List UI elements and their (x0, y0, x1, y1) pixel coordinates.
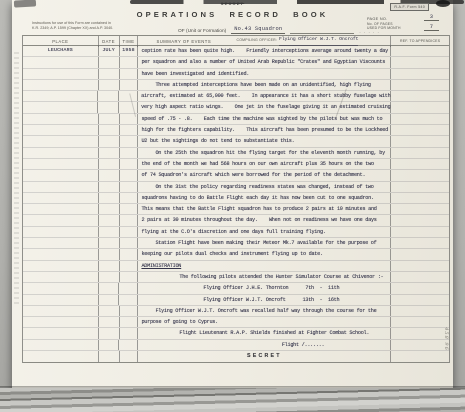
summary-line: have been investigated and identified. (137, 69, 390, 79)
time-cell (119, 148, 138, 158)
appendices-cell (390, 170, 449, 180)
time-cell (119, 170, 138, 180)
date-cell (98, 227, 119, 237)
time-cell (119, 80, 138, 90)
appendices-cell (390, 136, 449, 146)
date-cell (98, 328, 119, 338)
time-cell (119, 272, 138, 282)
table-row: On the 31st the policy regarding readine… (23, 182, 449, 193)
table-row: On the 25th the squadron hit the flying … (23, 148, 449, 159)
date-cell (98, 351, 119, 362)
summary-line: of 74 Squadron's aircraft which were bor… (137, 170, 390, 180)
summary-line: ception rate has been quite high. Friend… (137, 46, 390, 56)
date-cell (98, 238, 119, 248)
place-cell (23, 340, 98, 350)
appendices-cell (390, 328, 449, 338)
summary-line: Three attempted interceptions have been … (137, 80, 390, 90)
record-table: PLACE DATE TIME SUMMARY OF EVENTS COMPIL… (22, 35, 450, 363)
time-cell (119, 215, 138, 225)
place-cell (23, 238, 98, 248)
table-row: Flying Officer W.J.T. Oncroft was recall… (23, 306, 449, 317)
table-row: Station Flight have been making their Me… (23, 238, 449, 249)
time-cell (119, 182, 138, 192)
document-page: SECRET R.A.F. Form 540 OPERATIONS RECORD… (12, 0, 453, 388)
date-cell (98, 114, 119, 124)
date-cell (98, 57, 119, 67)
time-cell: 1958 (119, 46, 138, 56)
summary-line: SECRET (137, 351, 390, 362)
table-row: This means that the Battle Flight squadr… (23, 204, 449, 215)
summary-line: per squadron and also a number of United… (137, 57, 390, 67)
summary-line: Flight /....... (137, 340, 390, 350)
date-cell (98, 249, 119, 259)
unit-name: No.43 Squadron (231, 26, 285, 34)
page-number-block: PAGE NO. 3 No. OF PAGES USED FOR MONTH 7 (367, 14, 439, 33)
summary-line: Flying Officer J.H.E. Thornton 7th - 11t… (137, 283, 390, 293)
table-row: Flight Lieutenant R.A.P. Shields finishe… (23, 328, 449, 339)
table-row: purpose of going to Cyprus. (23, 317, 449, 328)
page-no-value: 3 (424, 14, 439, 21)
place-cell (23, 170, 98, 180)
place-cell: LEUCHARS (23, 46, 98, 56)
unit-label: OF (Unit or Formation) (178, 29, 226, 34)
column-header-date: DATE (98, 36, 119, 47)
time-cell (119, 238, 138, 248)
time-cell (118, 283, 137, 293)
summary-line: Flight Lieutenant R.A.P. Shields finishe… (137, 328, 390, 338)
place-cell (23, 114, 98, 124)
place-cell (23, 295, 98, 305)
appendices-cell (390, 238, 449, 248)
appendices-cell (390, 91, 449, 101)
table-row: U2 but the sightings do not tend to subs… (23, 136, 449, 147)
appendices-cell (390, 69, 449, 79)
summary-line: The following pilots attended the Hunter… (137, 272, 390, 282)
place-cell (23, 204, 98, 214)
date-cell (98, 340, 119, 350)
scanner-background: SECRET R.A.F. Form 540 OPERATIONS RECORD… (0, 0, 465, 412)
appendices-cell (390, 351, 449, 362)
table-row: LEUCHARS JULY 1958 ception rate has been… (23, 46, 449, 57)
time-cell (119, 351, 138, 362)
time-cell (119, 328, 138, 338)
appendices-cell (390, 227, 449, 237)
date-cell (98, 170, 119, 180)
place-cell (23, 249, 98, 259)
appendices-cell (390, 272, 449, 282)
place-cell (23, 272, 98, 282)
date-cell (98, 159, 119, 169)
column-header-time: TIME (119, 36, 138, 47)
place-cell (23, 283, 98, 293)
appendices-cell (390, 283, 449, 293)
date-cell (98, 148, 119, 158)
left-margin-bleed (14, 52, 19, 307)
appendices-cell (390, 340, 449, 350)
appendices-cell (390, 193, 449, 203)
summary-line: speed of .75 - .8. Each time the machine… (137, 114, 390, 124)
page-no-label: PAGE NO. (367, 17, 387, 21)
summary-line: the end of the month we had 568 hours on… (137, 159, 390, 169)
time-cell (119, 159, 138, 169)
table-row: squadrons having to do Battle Flight eac… (23, 193, 449, 204)
date-cell: JULY (98, 46, 119, 56)
date-cell (98, 317, 119, 327)
compiling-officer-label: COMPILING OFFICER: (236, 35, 277, 46)
compiling-officer: COMPILING OFFICER: Flying Officer W.J.T.… (236, 34, 358, 47)
time-cell (119, 306, 138, 316)
summary-line: keeping our pilots dual checks and instr… (137, 249, 390, 259)
table-header-row: PLACE DATE TIME SUMMARY OF EVENTS COMPIL… (23, 35, 449, 46)
appendices-cell (390, 159, 449, 169)
appendices-cell (390, 306, 449, 316)
summary-line: This means that the Battle Flight squadr… (137, 204, 390, 214)
appendices-cell (390, 102, 449, 112)
table-row: have been investigated and identified. (23, 69, 449, 80)
margin-annotation: 458 96 (442, 327, 448, 351)
table-row: flying at the C.O's discretion and one d… (23, 227, 449, 238)
column-header-summary: SUMMARY OF EVENTS COMPILING OFFICER: Fly… (137, 36, 390, 47)
summary-line: U2 but the sightings do not tend to subs… (137, 136, 390, 146)
form-instructions-line2: K.R. 2349; A.P. 1599 (Chapter XX) and A.… (32, 26, 172, 31)
time-cell (119, 57, 138, 67)
summary-line: On the 25th the squadron hit the flying … (137, 148, 390, 158)
table-row: Three attempted interceptions have been … (23, 80, 449, 91)
summary-line: Flying Officer W.J.T. Oncroft was recall… (137, 306, 390, 316)
summary-line: purpose of going to Cyprus. (137, 317, 390, 327)
date-cell (98, 283, 119, 293)
table-row: speed of .75 - .8. Each time the machine… (23, 114, 449, 125)
summary-line: ADMINISTRATION (137, 261, 390, 271)
summary-line: high for the fighters capability. This a… (137, 125, 390, 135)
date-cell (98, 125, 119, 135)
date-cell (98, 215, 119, 225)
appendices-cell (390, 261, 449, 271)
form-instructions: Instructions for use of this Form are co… (32, 21, 172, 30)
place-cell (23, 227, 98, 237)
place-cell (23, 261, 98, 271)
record-rows: LEUCHARS JULY 1958 ception rate has been… (23, 46, 449, 363)
appendices-cell (390, 148, 449, 158)
column-header-appendices: REF. TO APPENDICES (390, 36, 449, 47)
table-row: ADMINISTRATION (23, 261, 449, 272)
unit-line: OF (Unit or Formation) No.43 Squadron . … (178, 26, 380, 34)
place-cell (23, 182, 98, 192)
time-cell (119, 317, 138, 327)
appendices-cell (390, 46, 449, 56)
classification-stamp: SECRET (12, 1, 453, 6)
place-cell (23, 69, 98, 79)
table-row: high for the fighters capability. This a… (23, 125, 449, 136)
time-cell (119, 249, 138, 259)
date-cell (98, 272, 119, 282)
summary-line: flying at the C.O's discretion and one d… (137, 227, 390, 237)
time-cell (119, 227, 138, 237)
time-cell (119, 204, 138, 214)
time-cell (119, 125, 138, 135)
date-cell (97, 91, 118, 101)
place-cell (23, 317, 98, 327)
table-row: Flying Officer J.H.E. Thornton 7th - 11t… (23, 283, 449, 294)
table-row: per squadron and also a number of United… (23, 57, 449, 68)
place-cell (23, 102, 97, 112)
pages-used-value: 7 (424, 24, 439, 31)
appendices-cell (390, 80, 449, 90)
place-cell (23, 80, 98, 90)
date-cell (98, 182, 119, 192)
place-cell (23, 328, 98, 338)
table-row: The following pilots attended the Hunter… (23, 272, 449, 283)
appendices-cell (390, 57, 449, 67)
table-row: very high aspect ratio wings. One jet in… (23, 102, 449, 113)
summary-line: 2 pairs at 30 minutes throughout the day… (137, 215, 390, 225)
place-cell (23, 306, 98, 316)
place-cell (23, 193, 98, 203)
place-cell (23, 351, 98, 362)
page-curl-edges (0, 388, 465, 412)
place-cell (23, 159, 98, 169)
table-row: Flying Officer W.J.T. Oncroft 13th - 16t… (23, 295, 449, 306)
appendices-cell (390, 317, 449, 327)
time-cell (119, 136, 138, 146)
compiling-officer-name: Flying Officer W.J.T. Oncroft (279, 34, 358, 47)
place-cell (23, 215, 98, 225)
appendices-cell (390, 114, 449, 124)
table-row: Flight /....... (23, 340, 449, 351)
time-cell (119, 261, 138, 271)
place-cell (23, 136, 98, 146)
place-cell (23, 57, 98, 67)
summary-line: Station Flight have been making their Me… (137, 238, 390, 248)
date-cell (98, 306, 119, 316)
table-row: aircraft, estimated at 65,000 feet. In a… (23, 91, 449, 102)
column-header-place: PLACE (23, 36, 98, 47)
date-cell (97, 102, 118, 112)
appendices-cell (390, 204, 449, 214)
time-cell (119, 69, 138, 79)
summary-line: On the 31st the policy regarding readine… (137, 182, 390, 192)
date-cell (98, 193, 119, 203)
appendices-cell (390, 215, 449, 225)
date-cell (98, 204, 119, 214)
place-cell (23, 148, 98, 158)
time-cell (119, 193, 138, 203)
table-row: 2 pairs at 30 minutes throughout the day… (23, 215, 449, 226)
place-cell (23, 125, 98, 135)
appendices-cell (390, 125, 449, 135)
time-cell (118, 340, 137, 350)
date-cell (98, 261, 119, 271)
place-cell (23, 91, 97, 101)
table-row: keeping our pilots dual checks and instr… (23, 249, 449, 260)
date-cell (98, 295, 119, 305)
summary-line: Flying Officer W.J.T. Oncroft 13th - 16t… (137, 295, 390, 305)
appendices-cell (390, 249, 449, 259)
summary-line: squadrons having to do Battle Flight eac… (137, 193, 390, 203)
date-cell (98, 136, 119, 146)
table-row: SECRET (23, 351, 449, 362)
table-row: the end of the month we had 568 hours on… (23, 159, 449, 170)
appendices-cell (390, 295, 449, 305)
appendices-cell (390, 182, 449, 192)
table-row: of 74 Squadron's aircraft which were bor… (23, 170, 449, 181)
pages-used-label: No. OF PAGES USED FOR MONTH (367, 23, 401, 31)
time-cell (118, 295, 137, 305)
date-cell (98, 80, 119, 90)
date-cell (98, 69, 119, 79)
